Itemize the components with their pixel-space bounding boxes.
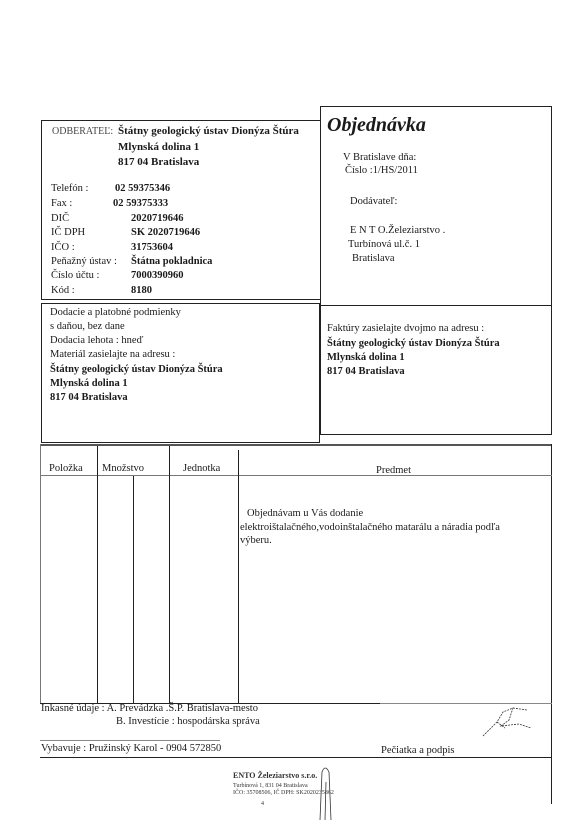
stamp-signature-label: Pečiatka a podpis [381,745,454,757]
invoice-name: Štátny geologický ústav Dionýza Štúra [327,338,500,350]
header-quantity: Množstvo [102,463,144,475]
buyer-label: ODBERATEĽ: [52,126,113,138]
phone-label: Telefón : [51,183,88,195]
buyer-street: Mlynská dolina 1 [118,141,199,153]
table-right-border [551,444,552,804]
code-label: Kód : [51,285,75,297]
icdph-value: SK 2020719646 [131,227,200,239]
ico-label: IČO : [51,242,75,254]
col-divider-4 [238,450,239,704]
bank-value: Štátna pokladnica [131,256,212,268]
fax-value: 02 59375333 [113,198,168,210]
delivery-terms: Dodacie a platobné podmienky [50,307,181,319]
col-divider-1 [97,446,98,704]
handled-by-separator [40,740,220,741]
delivery-tax: s daňou, bez dane [50,321,125,333]
item-text-line3: výberu. [240,535,272,547]
item-text-line2: elektroištalačného,vodoinštalačného mata… [240,522,500,534]
col-divider-2 [133,476,134,704]
dic-value: 2020719646 [131,213,184,225]
header-item: Položka [49,463,83,475]
pen-mark [315,762,340,822]
buyer-name: Štátny geologický ústav Dionýza Štúra [118,125,299,137]
fax-label: Fax : [51,198,72,210]
order-place-date: V Bratislave dňa: [343,152,416,164]
ico-value: 31753604 [131,242,173,254]
header-separator [40,475,552,476]
bank-label: Peňažný ústav : [51,256,117,268]
table-top-border [40,444,552,446]
code-value: 8180 [131,285,152,297]
phone-value: 02 59375346 [115,183,170,195]
icdph-label: IČ DPH [51,227,85,239]
supplier-street: Turbínová ul.č. 1 [348,239,420,251]
invoice-street: Mlynská dolina 1 [327,352,405,364]
invoice-label: Faktúry zasielajte dvojmo na adresu : [327,323,484,335]
document-title: Objednávka [327,114,426,136]
handled-by: Vybavuje : Pružinský Karol - 0904 572850 [41,743,221,755]
invoice-city: 817 04 Bratislava [327,366,405,378]
supplier-name: E N T O.Železiarstvo . [350,225,445,237]
collection-info: Inkasné údaje : A. Prevádzka .Š.P. Brati… [41,703,258,715]
account-label: Číslo účtu : [51,270,99,282]
supplier-city: Bratislava [352,253,395,265]
delivery-address-label: Materiál zasielajte na adresu : [50,349,175,361]
supplier-label: Dodávateľ: [350,196,397,208]
delivery-name: Štátny geologický ústav Dionýza Štúra [50,364,223,376]
header-subject: Predmet [376,465,411,477]
footer-bottom-border [40,757,552,758]
table-left-border [40,444,41,704]
col-divider-3 [169,446,170,704]
delivery-deadline: Dodacia lehota : hneď [50,335,143,347]
signature-scribble [475,700,545,740]
stamp-line4: 4 [261,798,264,810]
delivery-city: 817 04 Bratislava [50,392,128,404]
dic-label: DIČ [51,213,69,225]
account-value: 7000390960 [131,270,184,282]
delivery-street: Mlynská dolina 1 [50,378,128,390]
order-number: Číslo :1/HS/2011 [345,165,418,177]
buyer-city: 817 04 Bratislava [118,156,199,168]
header-unit: Jednotka [183,463,220,475]
item-text-line1: Objednávam u Vás dodanie [247,508,363,520]
collection-info-b: B. Investície : hospodárska správa [116,716,260,728]
